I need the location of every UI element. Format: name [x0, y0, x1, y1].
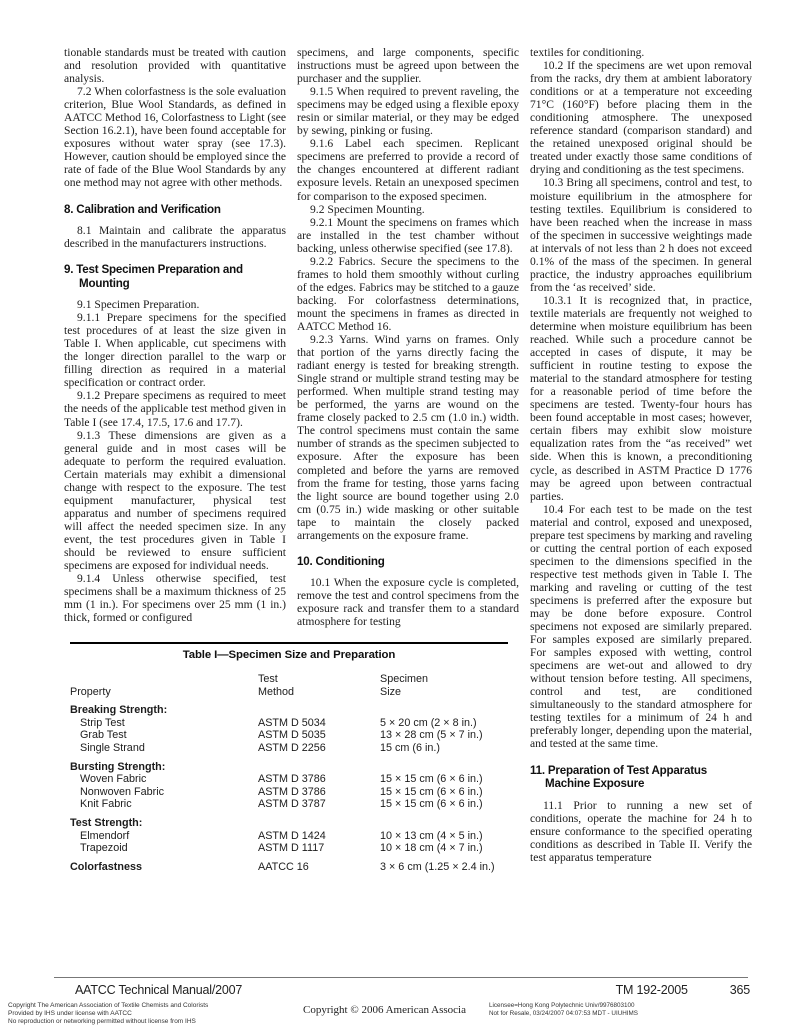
page-number: 365	[730, 983, 750, 997]
column-3: textiles for conditioning. 10.2 If the s…	[530, 46, 752, 873]
paragraph-9-2-1: 9.2.1 Mount the specimens on frames whic…	[297, 216, 519, 255]
copyright-center: Copyright © 2006 American Associa	[303, 1004, 466, 1016]
paragraph-9-1-5: 9.1.5 When required to prevent raveling,…	[297, 85, 519, 137]
paragraph-9-2-3: 9.2.3 Yarns. Wind yarns on frames. Only …	[297, 333, 519, 542]
paragraph-continuation: specimens, and large components, specifi…	[297, 46, 519, 85]
footer-main-line: AATCC Technical Manual/2007 TM 192-2005 …	[75, 983, 750, 997]
column-header-property: Property	[70, 673, 258, 698]
page-content: tionable standards must be treated with …	[64, 46, 752, 873]
licensee-stamp: Licensee=Hong Kong Polytechnic Univ/9976…	[489, 1002, 638, 1017]
paragraph-10-3-1: 10.3.1 It is recognized that, in practic…	[530, 294, 752, 503]
paragraph-9-1-4: 9.1.4 Unless otherwise specified, test s…	[64, 572, 286, 624]
paragraph-continuation: textiles for conditioning.	[530, 46, 752, 59]
table-row: Single StrandASTM D 225615 cm (6 in.)	[70, 742, 508, 755]
paragraph-9-1-1: 9.1.1 Prepare specimens for the specifie…	[64, 311, 286, 389]
specimen-size-table: Table I—Specimen Size and Preparation Pr…	[70, 642, 508, 873]
paragraph-continuation: tionable standards must be treated with …	[64, 46, 286, 85]
paragraph-10-4: 10.4 For each test to be made on the tes…	[530, 503, 752, 751]
paragraph-9-1-3: 9.1.3 These dimensions are given as a ge…	[64, 429, 286, 573]
column-2: specimens, and large components, specifi…	[297, 46, 519, 628]
table-row: Grab TestASTM D 503513 × 28 cm (5 × 7 in…	[70, 729, 508, 742]
column-header-specimen-size: SpecimenSize	[380, 673, 508, 698]
section-10-heading: 10. Conditioning	[297, 555, 519, 569]
table-row: Woven FabricASTM D 378615 × 15 cm (6 × 6…	[70, 773, 508, 786]
manual-title: AATCC Technical Manual/2007	[75, 983, 242, 997]
copyright-notice: Copyright The American Association of Te…	[8, 1002, 208, 1026]
section-11-heading: 11. Preparation of Test Apparatus Machin…	[530, 764, 752, 791]
table-row: ElmendorfASTM D 142410 × 13 cm (4 × 5 in…	[70, 830, 508, 843]
paragraph-8-1: 8.1 Maintain and calibrate the apparatus…	[64, 224, 286, 250]
table-top-rule	[70, 642, 508, 644]
column-1: tionable standards must be treated with …	[64, 46, 286, 628]
paragraph-10-1: 10.1 When the exposure cycle is complete…	[297, 576, 519, 628]
paragraph-9-1-2: 9.1.2 Prepare specimens as required to m…	[64, 389, 286, 428]
table-header-row: Property TestMethod SpecimenSize	[70, 673, 508, 698]
paragraph-7-2: 7.2 When colorfastness is the sole evalu…	[64, 85, 286, 189]
page-footer: AATCC Technical Manual/2007 TM 192-2005 …	[0, 977, 800, 1036]
table-row: Breaking Strength:	[70, 698, 508, 717]
table-row: Bursting Strength:	[70, 755, 508, 774]
table-row: Test Strength:	[70, 811, 508, 830]
table-row: ColorfastnessAATCC 163 × 6 cm (1.25 × 2.…	[70, 855, 508, 874]
section-8-heading: 8. Calibration and Verification	[64, 203, 286, 217]
table-row: Knit FabricASTM D 378715 × 15 cm (6 × 6 …	[70, 798, 508, 811]
paragraph-9-1-6: 9.1.6 Label each specimen. Replicant spe…	[297, 137, 519, 202]
column-header-test-method: TestMethod	[258, 673, 380, 698]
table-row: TrapezoidASTM D 111710 × 18 cm (4 × 7 in…	[70, 842, 508, 855]
left-region: tionable standards must be treated with …	[64, 46, 519, 873]
table-title: Table I—Specimen Size and Preparation	[70, 649, 508, 661]
paragraph-9-1: 9.1 Specimen Preparation.	[64, 298, 286, 311]
table-row: Strip TestASTM D 50345 × 20 cm (2 × 8 in…	[70, 717, 508, 730]
paragraph-9-2: 9.2 Specimen Mounting.	[297, 203, 519, 216]
paragraph-11-1: 11.1 Prior to running a new set of condi…	[530, 799, 752, 864]
paragraph-9-2-2: 9.2.2 Fabrics. Secure the specimens to t…	[297, 255, 519, 333]
two-column-text: tionable standards must be treated with …	[64, 46, 519, 628]
paragraph-10-3: 10.3 Bring all specimens, control and te…	[530, 176, 752, 293]
document-page: tionable standards must be treated with …	[0, 0, 800, 1036]
table-row: Nonwoven FabricASTM D 378615 × 15 cm (6 …	[70, 786, 508, 799]
document-number: TM 192-2005	[616, 983, 688, 997]
section-9-heading: 9. Test Specimen Preparation and Mountin…	[64, 263, 286, 290]
paragraph-10-2: 10.2 If the specimens are wet upon remov…	[530, 59, 752, 176]
footer-divider	[54, 977, 748, 978]
